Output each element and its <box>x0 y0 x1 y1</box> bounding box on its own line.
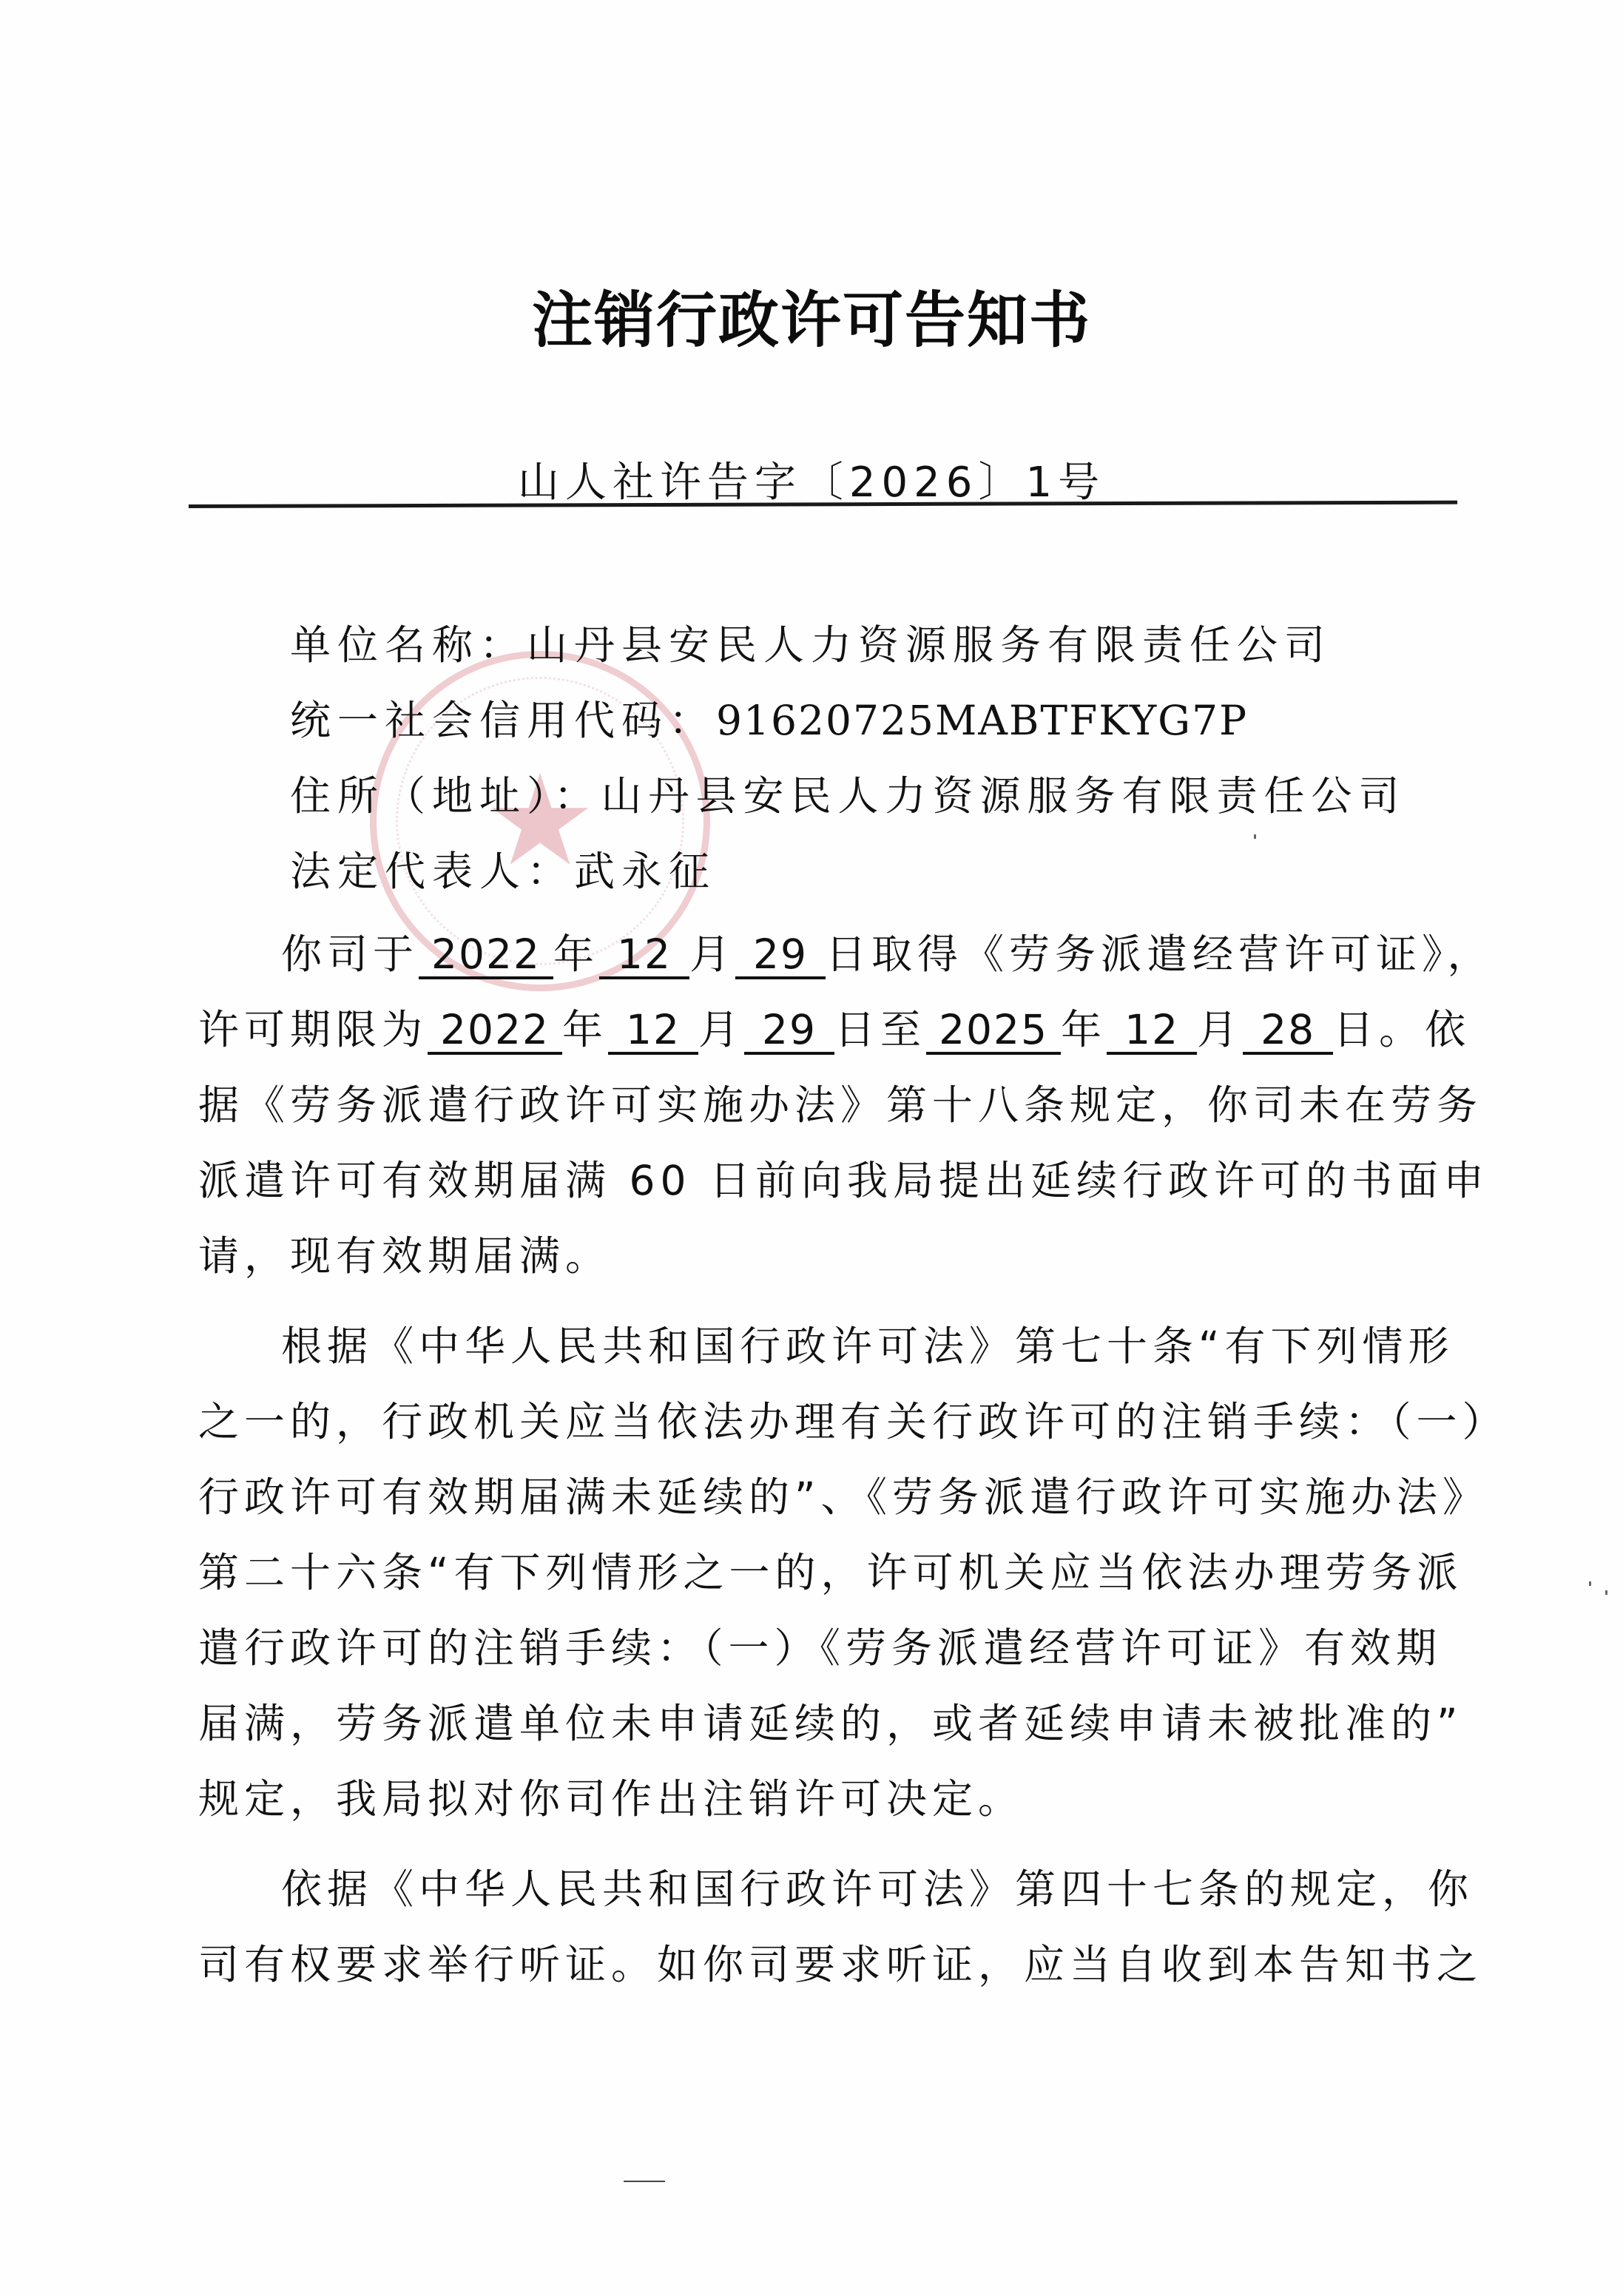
year-char: 年 <box>562 1006 608 1053</box>
paragraph1-line5: 请，现有效期届满。 <box>198 1223 1441 1282</box>
document-title: 注销行政许可告知书 <box>0 272 1623 359</box>
p1-suffix: 日取得《劳务派遣经营许可证》， <box>826 931 1494 978</box>
paragraph2-line2: 之一的，行政机关应当依法办理有关行政许可的注销手续：（一） <box>198 1389 1441 1448</box>
start-month: 12 <box>608 1009 698 1055</box>
unit-name-row: 单位名称：山丹县安民人力资源服务有限责任公司 <box>290 612 1332 671</box>
legal-representative-label: 法定代表人： <box>290 848 574 895</box>
paragraph1-line1: 你司于2022年12月29日取得《劳务派遣经营许可证》， <box>281 922 1443 980</box>
scan-speck <box>1254 834 1256 839</box>
scan-speck <box>1605 1590 1607 1595</box>
p1-line2-suffix: 日。依 <box>1333 1006 1471 1053</box>
obtain-year: 2022 <box>419 933 553 979</box>
year-char: 年 <box>553 931 599 978</box>
end-day: 28 <box>1243 1009 1333 1055</box>
address-row: 住所（地址）：山丹县安民人力资源服务有限责任公司 <box>290 763 1406 822</box>
paragraph3-line1: 依据《中华人民共和国行政许可法》第四十七条的规定，你 <box>281 1857 1443 1915</box>
credit-code-label: 统一社会信用代码： <box>290 697 716 744</box>
year-char: 年 <box>1061 1006 1107 1053</box>
legal-representative-row: 法定代表人：武永征 <box>290 839 716 897</box>
paragraph1-line3: 据《劳务派遣行政许可实施办法》第十八条规定，你司未在劳务 <box>198 1073 1441 1131</box>
p1-line2-prefix: 许可期限为 <box>198 1006 428 1053</box>
paragraph2-line7: 规定，我局拟对你司作出注销许可决定。 <box>198 1766 1441 1825</box>
to-text: 日至 <box>834 1006 926 1053</box>
paragraph3-line2: 司有权要求举行听证。如你司要求听证，应当自收到本告知书之 <box>198 1932 1441 1991</box>
address-value: 山丹县安民人力资源服务有限责任公司 <box>601 772 1406 820</box>
start-year: 2022 <box>428 1009 562 1055</box>
obtain-day: 29 <box>735 933 826 979</box>
month-char: 月 <box>1197 1006 1243 1053</box>
unit-name-label: 单位名称： <box>290 621 527 669</box>
credit-code-value: 91620725MABTFKYG7P <box>716 697 1248 744</box>
month-char: 月 <box>689 931 735 978</box>
unit-name-value: 山丹县安民人力资源服务有限责任公司 <box>527 621 1332 669</box>
end-year: 2025 <box>926 1009 1061 1055</box>
p1-prefix: 你司于 <box>281 931 419 978</box>
paragraph2-line5: 遣行政许可的注销手续：（一）《劳务派遣经营许可证》有效期 <box>198 1615 1441 1674</box>
legal-representative-value: 武永征 <box>574 848 716 895</box>
address-label: 住所（地址）： <box>290 772 601 820</box>
month-char: 月 <box>698 1006 744 1053</box>
paragraph2-line3: 行政许可有效期届满未延续的”、《劳务派遣行政许可实施办法》 <box>198 1465 1441 1523</box>
paragraph1-line2: 许可期限为2022年12月29日至2025年12月28日。依 <box>198 997 1441 1056</box>
paragraph2-line1: 根据《中华人民共和国行政许可法》第七十条“有下列情形 <box>281 1314 1443 1372</box>
obtain-month: 12 <box>599 933 689 979</box>
scan-speck <box>1589 1581 1591 1586</box>
paragraph1-line4: 派遣许可有效期届满 60 日前向我局提出延续行政许可的书面申 <box>198 1148 1441 1206</box>
end-month: 12 <box>1107 1009 1197 1055</box>
paragraph2-line6: 届满，劳务派遣单位未申请延续的，或者延续申请未被批准的” <box>198 1691 1441 1749</box>
paragraph2-line4: 第二十六条“有下列情形之一的，许可机关应当依法办理劳务派 <box>198 1540 1441 1598</box>
credit-code-row: 统一社会信用代码：91620725MABTFKYG7P <box>290 688 1248 746</box>
document-page: 注销行政许可告知书 山人社许告字〔2026〕1号 ★ 单位名称：山丹县安民人力资… <box>0 0 1623 2296</box>
start-day: 29 <box>744 1009 834 1055</box>
scan-artifact-line <box>624 2181 665 2182</box>
